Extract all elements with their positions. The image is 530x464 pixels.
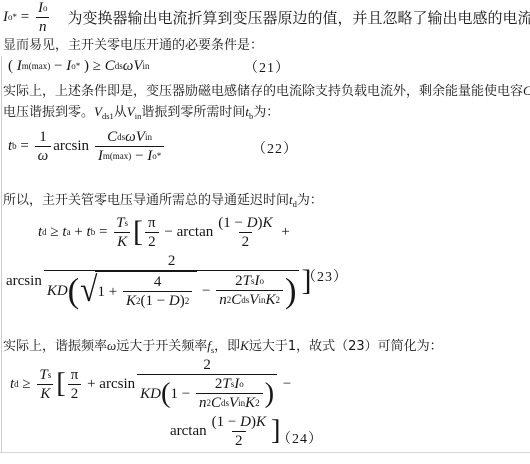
equation-21-number: （21） [244,57,290,77]
math-token: 2 [203,356,211,374]
math-token: K [256,413,266,431]
math-token: 1 [39,128,47,146]
equation-24-number: （24） [277,428,323,448]
math-token: π [71,366,79,384]
math-token: T [39,366,47,384]
math-token: C [105,58,115,75]
math-token: C [211,394,221,412]
math-token: 2 [71,385,79,403]
math-token: arctan [170,423,207,440]
math-token: 电压谐振到零。 [3,105,94,120]
math-token: − [198,282,214,300]
math-token: KD [47,282,68,300]
math-token: 2 [215,375,223,393]
math-token: − arctan [161,224,214,241]
math-token: 实际上，谐振频率 [3,339,107,354]
math-token: 2 [148,233,156,251]
math-token: D [169,292,180,310]
math-token: KD(1 − 2TsIon2CdsVinK2) [137,374,277,412]
math-token: K [37,384,53,403]
math-token: T [116,214,124,232]
math-token: K [263,214,273,232]
math-token: ≥ [19,376,35,393]
math-token: 为： [253,105,279,120]
math-token: ω [107,338,116,353]
math-token: K [126,292,136,310]
math-token: 4K2(1 − D)2 [123,273,192,310]
math-token: 2 [239,232,253,251]
math-token: √ [80,276,97,306]
math-token: (1 − [140,292,168,310]
math-token: 2TsIo [212,375,247,393]
math-token: D [240,413,251,431]
math-token: 远大于1，故式（23）可简化为： [249,339,443,354]
math-token: (1 − D)K [209,413,269,431]
math-token: TsK [36,366,54,403]
math-token: 2 [165,252,179,270]
math-token: 谐振到零所需时间 [141,105,245,120]
intro-line: Io* = Ion 为变换器输出电流折算到变压器原边的值，并且忽略了输出电感的电… [3,0,530,34]
math-token: arcsin [6,273,42,290]
equation-24-line-1: td ≥ TsK[π2 + arcsin2KD(1 − 2TsIon2CdsVi… [10,358,291,410]
math-token: 2KD(√1 + 4K2(1 − D)2 − 2TsIon2CdsVinK2) [44,252,300,310]
math-token: K [114,232,130,251]
math-token: ( [8,58,17,75]
math-token: − [279,376,291,393]
math-token: K [117,233,127,251]
math-token: t [62,224,66,241]
math-token: K [245,394,255,412]
math-token: 2KD(1 − 2TsIon2CdsVinK2) [137,356,277,412]
math-token: 显而易见，主开关零电压开通的必要条件是： [3,38,263,53]
math-token: + arcsin [83,376,135,393]
math-token: CdsωVinIm(max) − Io* [95,128,164,165]
math-token: π [145,214,159,232]
bottom-scan-rule [0,452,530,453]
math-token: KD [140,385,161,403]
math-token: 2TsIon2CdsVinK2 [196,375,263,412]
math-token: (1 − D)K2 [215,214,275,251]
math-token: 4 [154,273,162,291]
math-token: ，即 [214,339,240,354]
math-token: ds1 [102,111,114,121]
math-token: 1 + 4K2(1 − D)2 [95,271,197,310]
math-token: Ts [36,366,54,384]
math-token: 实际上，上述条件即是，变压器励磁电感储存的电流除支持负载电流外，剩余能量能使电容 [3,84,523,99]
equation-22-number: （22） [252,138,298,158]
math-token: n [39,18,47,36]
equation-23-number: （23） [302,266,348,286]
math-token: Im(max) − Io* [95,146,164,165]
math-token: K [265,291,275,309]
math-token: + [71,224,87,241]
math-token: V [94,104,102,119]
math-token: − [50,58,66,75]
math-token: K [40,385,50,403]
equation-21: ( Im(max) − Io* ) ≥ CdsωVin [8,55,150,77]
paragraph-actual-1: 实际上，上述条件即是，变压器励磁电感储存的电流除支持负载电流外，剩余能量能使电容… [3,82,530,101]
math-token: 1ω [35,128,52,165]
math-token: I [255,272,260,290]
math-token: (1 − D)K [215,214,275,232]
paragraph-condition: 显而易见，主开关零电压开通的必要条件是： [3,37,263,55]
math-token: ω [38,147,49,165]
math-token: K [240,338,249,353]
math-token: 从 [114,105,127,120]
math-token: n [199,394,207,412]
math-token: ω [123,58,134,75]
math-token: V [133,58,142,75]
math-token: ω [125,128,136,146]
math-token: 2 [232,431,246,450]
math-token: (1 − [218,214,246,232]
math-token: (1 − [212,413,240,431]
math-token: CdsωVin [104,128,155,146]
math-token: = [95,224,111,241]
math-token: π [148,214,156,232]
equation-22: tb = 1ωarcsin CdsωVinIm(max) − Io* [8,124,166,168]
math-token: T [222,375,230,393]
math-token: 为变换器输出电流折算到变压器原边的值，并且忽略了输出电感的电流纹波。 [52,7,530,28]
math-token: 2 [168,252,176,270]
math-token: 为： [297,193,323,208]
math-token: 2 [145,232,159,251]
math-token: V [249,291,258,309]
math-token: Ion [35,0,51,36]
math-token: C [107,128,117,146]
math-token: T [243,272,251,290]
math-token: 1 + [97,283,120,301]
math-token: + [278,224,290,241]
equation-23-line-1: td ≥ ta + tb = TsK[π2 − arctan(1 − D)K2 … [38,213,290,251]
math-token: 1 − [170,385,193,403]
document-page: Io* = Ion 为变换器输出电流折算到变压器原边的值，并且忽略了输出电感的电… [0,0,530,464]
equation-23-line-2: arcsin2KD(√1 + 4K2(1 − D)2 − 2TsIon2CdsV… [6,252,311,310]
math-token: V [136,128,145,146]
math-token: n2CdsVinK2 [196,393,263,412]
math-token: KD(√1 + 4K2(1 − D)2 − 2TsIon2CdsVinK2) [44,270,300,310]
math-token: − [131,147,147,165]
math-token: 4 [151,273,165,291]
paragraph-actual-2: 电压谐振到零。Vds1从Vin谐振到零所需时间tb为： [3,103,279,122]
math-token: 2 [68,384,82,403]
math-token: π [68,366,82,384]
math-token: Io [35,0,51,17]
math-token: K2(1 − D)2 [123,291,192,310]
math-token: = [17,138,33,155]
math-token: n [219,291,227,309]
math-token: π2 [68,366,82,403]
math-token: C [523,83,530,98]
math-token: 2 [235,432,243,450]
math-token: 所以，主开关管零电压导通所需总的导通延迟时间 [3,193,289,208]
math-token: V [127,104,135,119]
math-token: √1 + 4K2(1 − D)2 [80,271,197,310]
math-token: 2TsIon2CdsVinK2 [216,272,283,309]
math-token: D [247,214,258,232]
paragraph-so: 所以，主开关管零电压导通所需总的导通延迟时间td为： [3,191,323,210]
math-token: 1 [36,128,50,146]
math-token: 远大于开关频率 [116,339,207,354]
math-token: 2 [235,272,243,290]
math-token: C [231,291,241,309]
math-token: 2 [242,233,250,251]
math-token: n [36,17,50,36]
math-token: I [17,58,22,75]
math-token: ω [35,146,52,165]
math-token: (1 − D)K2 [209,413,269,450]
math-token: ≥ [47,224,63,241]
math-token: 2 [200,356,214,374]
math-token: Ts [113,214,131,232]
math-token: TsK [113,214,131,251]
paragraph-frequency: 实际上，谐振频率ω远大于开关频率fs，即K远大于1，故式（23）可简化为： [3,337,443,356]
math-token: V [229,394,238,412]
math-token: arcsin [53,138,93,155]
math-token: = [17,9,33,26]
equation-24-line-2: arctan(1 − D)K2] [170,417,280,445]
math-token: ) ≥ [80,58,104,75]
left-scan-rule [1,56,2,452]
math-token: π2 [145,214,159,251]
math-token: n2CdsVinK2 [216,290,283,309]
math-token: 2TsIo [232,272,267,290]
